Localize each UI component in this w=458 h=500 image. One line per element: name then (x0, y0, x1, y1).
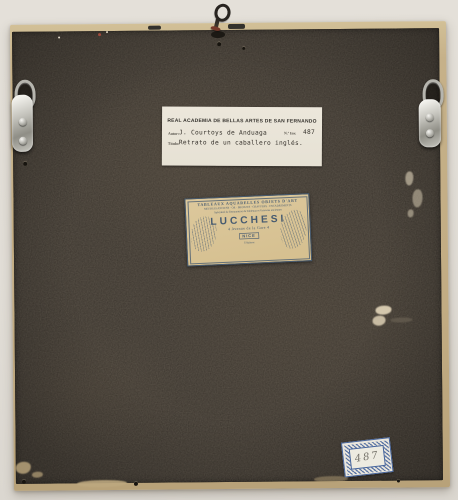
inventory-field-label: N.º Inv. (284, 131, 296, 135)
nail-hole (242, 47, 245, 50)
left-hanger-screw-bottom (19, 137, 27, 145)
title-value: Retrato de un caballero inglés. (179, 139, 303, 147)
author-field-label: Autor: (168, 132, 179, 136)
author-value: J. Courtoys de Anduaga (179, 129, 267, 137)
dealer-footnote: Téléphone (244, 242, 255, 245)
inventory-number-value: 487 (303, 128, 315, 136)
nail-hole (397, 480, 400, 483)
photo-background: REAL ACADEMIA DE BELLAS ARTES DE SAN FER… (0, 0, 458, 500)
paint-speck (98, 33, 101, 36)
eyelet-washer (210, 25, 221, 31)
right-hanger-screw-top (426, 113, 434, 121)
title-field-label: Título: (168, 142, 179, 146)
nail-hole (22, 480, 26, 484)
nail-hole (217, 42, 221, 46)
sticker-number: 487 (354, 450, 381, 465)
sticker-inner: 487 (349, 445, 386, 470)
right-hanger-screw-bottom (426, 129, 434, 137)
dealer-city-box: NICE (239, 232, 259, 239)
dust-speck (106, 31, 108, 33)
inventory-sticker: 487 (341, 437, 394, 477)
nail-hole (134, 482, 138, 486)
left-hanger-screw-top (19, 118, 27, 126)
dust-speck (58, 36, 60, 38)
frame-edge-notch (228, 24, 245, 29)
nail-hole (23, 162, 27, 166)
academy-label: REAL ACADEMIA DE BELLAS ARTES DE SAN FER… (162, 106, 322, 166)
frame-back: REAL ACADEMIA DE BELLAS ARTES DE SAN FER… (10, 21, 450, 491)
dealer-label: TABLEAUX AQUARELLES OBJETS D'ART MEUBLES… (184, 193, 312, 266)
right-hanger-plate (419, 99, 441, 147)
academy-label-header: REAL ACADEMIA DE BELLAS ARTES DE SAN FER… (167, 118, 316, 124)
frame-edge-notch (148, 26, 161, 30)
edge-wear (77, 480, 127, 487)
edge-wear (314, 476, 348, 482)
